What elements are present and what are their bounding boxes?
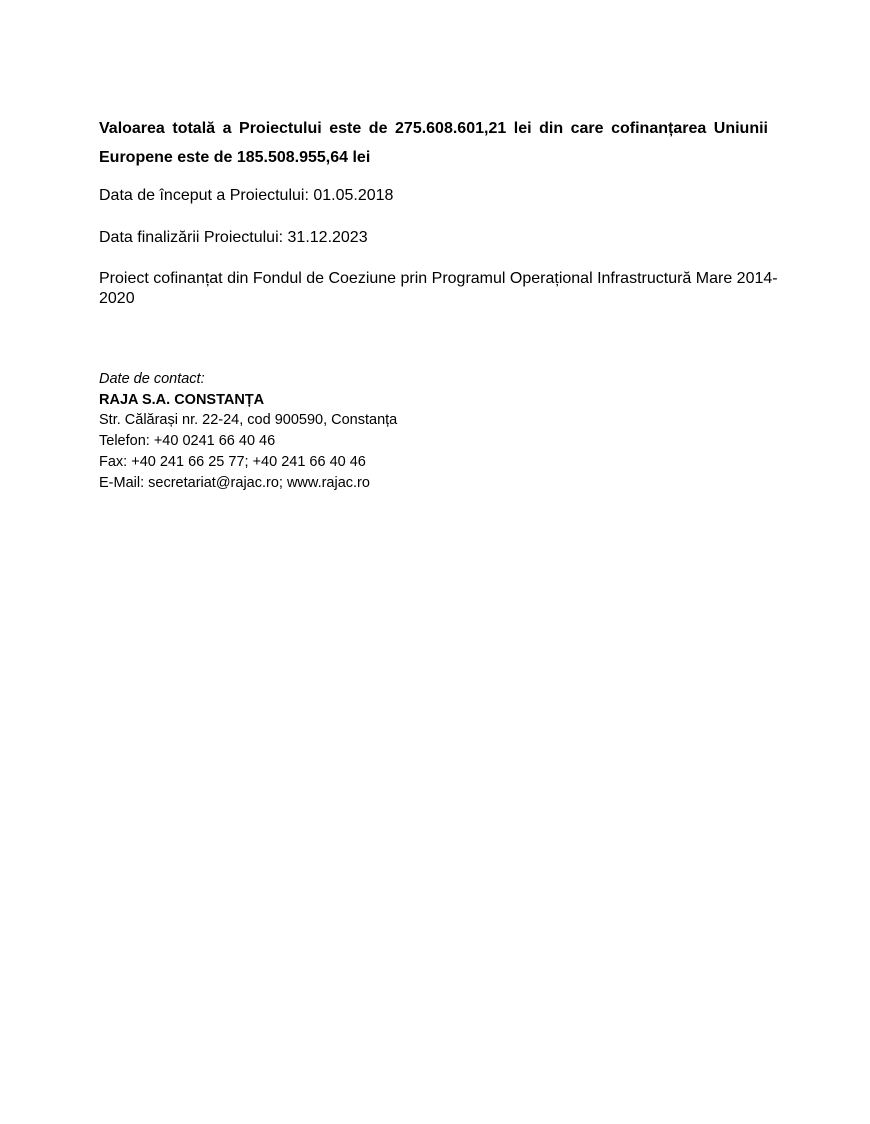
project-value-statement: Valoarea totală a Proiectului este de 27… <box>99 114 768 172</box>
contact-block: Date de contact: RAJA S.A. CONSTANȚA Str… <box>99 369 397 493</box>
project-start-date: Data de început a Proiectului: 01.05.201… <box>99 186 393 206</box>
contact-organization: RAJA S.A. CONSTANȚA <box>99 390 397 411</box>
document-page: Valoarea totală a Proiectului este de 27… <box>0 0 870 1124</box>
contact-phone: Telefon: +40 0241 66 40 46 <box>99 431 397 452</box>
contact-address: Str. Călărași nr. 22-24, cod 900590, Con… <box>99 410 397 431</box>
contact-fax: Fax: +40 241 66 25 77; +40 241 66 40 46 <box>99 452 397 473</box>
project-end-date: Data finalizării Proiectului: 31.12.2023 <box>99 228 368 248</box>
contact-label: Date de contact: <box>99 369 397 390</box>
project-funding-source: Proiect cofinanțat din Fondul de Coeziun… <box>99 269 779 309</box>
contact-email: E-Mail: secretariat@rajac.ro; www.rajac.… <box>99 473 397 494</box>
